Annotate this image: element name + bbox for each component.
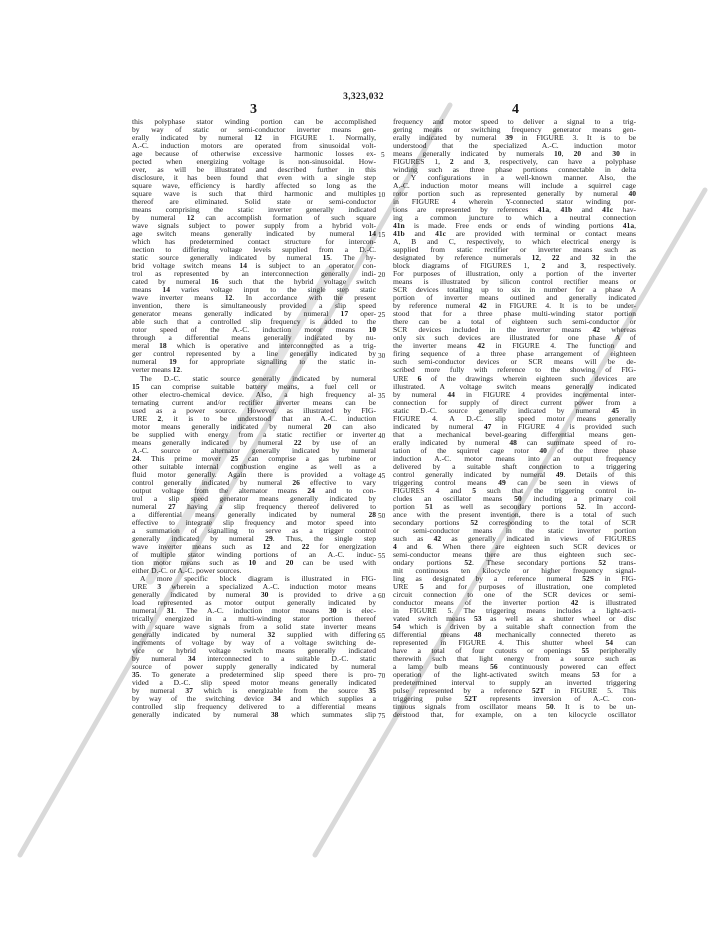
- margin-line-number: 20: [378, 271, 385, 279]
- margin-line-number: 60: [378, 592, 385, 600]
- margin-line-number: 45: [378, 472, 385, 480]
- margin-line-number: 30: [378, 352, 385, 360]
- left-text-column: this polyphase stator winding portion ca…: [132, 118, 376, 719]
- margin-line-number: 15: [378, 231, 385, 239]
- column-number-left: 3: [250, 102, 257, 118]
- margin-line-number: 35: [378, 392, 385, 400]
- patent-number: 3,323,032: [0, 92, 727, 102]
- margin-line-number: 25: [378, 311, 385, 319]
- margin-line-number: 55: [378, 552, 385, 560]
- right-text-column: frequency and motor speed to deliver a s…: [393, 118, 636, 719]
- margin-line-number: 5: [381, 151, 385, 159]
- right-column-text-line: derstood that, for example, on a ten kil…: [393, 711, 636, 719]
- margin-line-number: 10: [378, 191, 385, 199]
- margin-line-number: 75: [378, 712, 385, 720]
- left-column-text-line: generally indicated by numeral 38 which …: [132, 711, 376, 719]
- margin-line-number: 65: [378, 632, 385, 640]
- margin-line-number: 70: [378, 672, 385, 680]
- margin-line-number: 50: [378, 512, 385, 520]
- margin-line-number: 40: [378, 432, 385, 440]
- patent-page: 3,323,032 3 4 this polyphase stator wind…: [0, 0, 727, 942]
- column-number-right: 4: [512, 102, 519, 118]
